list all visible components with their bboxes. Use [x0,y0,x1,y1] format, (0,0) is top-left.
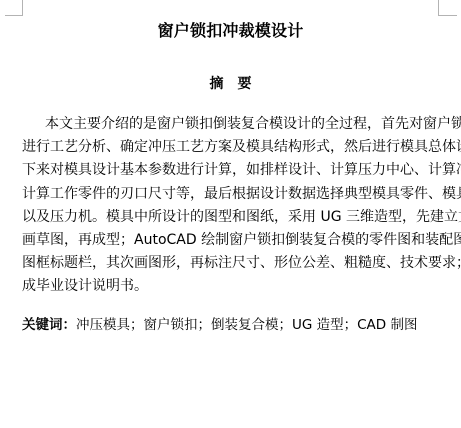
abstract-heading: 摘要 [0,75,461,93]
crop-mark-top-right-horizontal [438,15,457,16]
crop-mark-top-left-vertical [22,0,23,16]
crop-mark-top-right-vertical [438,0,439,16]
keywords-list: 冲压模具；窗户锁扣；倒装复合模；UG 造型；CAD 制图 [76,317,417,333]
abstract-line: 画草图，再成型；AutoCAD 绘制窗户锁扣倒装复合模的零件图和装配图，先画 [22,231,437,254]
abstract-heading-char-1: 摘 [210,75,224,93]
keywords-line: 关键词：冲压模具；窗户锁扣；倒装复合模；UG 造型；CAD 制图 [22,316,437,334]
document-title: 窗户锁扣冲裁模设计 [0,21,461,41]
abstract-heading-char-2: 要 [238,75,252,93]
abstract-line: 进行工艺分析、确定冲压工艺方案及模具结构形式，然后进行模具总体设计，接 [22,138,437,161]
keywords-label: 关键词： [22,317,76,333]
abstract-line: 下来对模具设计基本参数进行计算，如排样设计、计算压力中心、计算冲裁力、 [22,161,437,184]
crop-mark-top-left-horizontal [5,15,23,16]
abstract-body: 本文主要介绍的是窗户锁扣倒装复合模设计的全过程，首先对窗户锁扣零件 进行工艺分析… [22,115,437,301]
abstract-line: 以及压力机。模具中所设计的图型和图纸，采用 UG 三维造型，先建立文件，再 [22,208,437,231]
abstract-line: 计算工作零件的刃口尺寸等，最后根据设计数据选择典型模具零件、模具组合、 [22,185,437,208]
abstract-line: 成毕业设计说明书。 [22,277,437,300]
abstract-line: 图框标题栏，其次画图形，再标注尺寸、形位公差、粗糙度、技术要求；最后完 [22,254,437,277]
abstract-line: 本文主要介绍的是窗户锁扣倒装复合模设计的全过程，首先对窗户锁扣零件 [22,115,437,138]
